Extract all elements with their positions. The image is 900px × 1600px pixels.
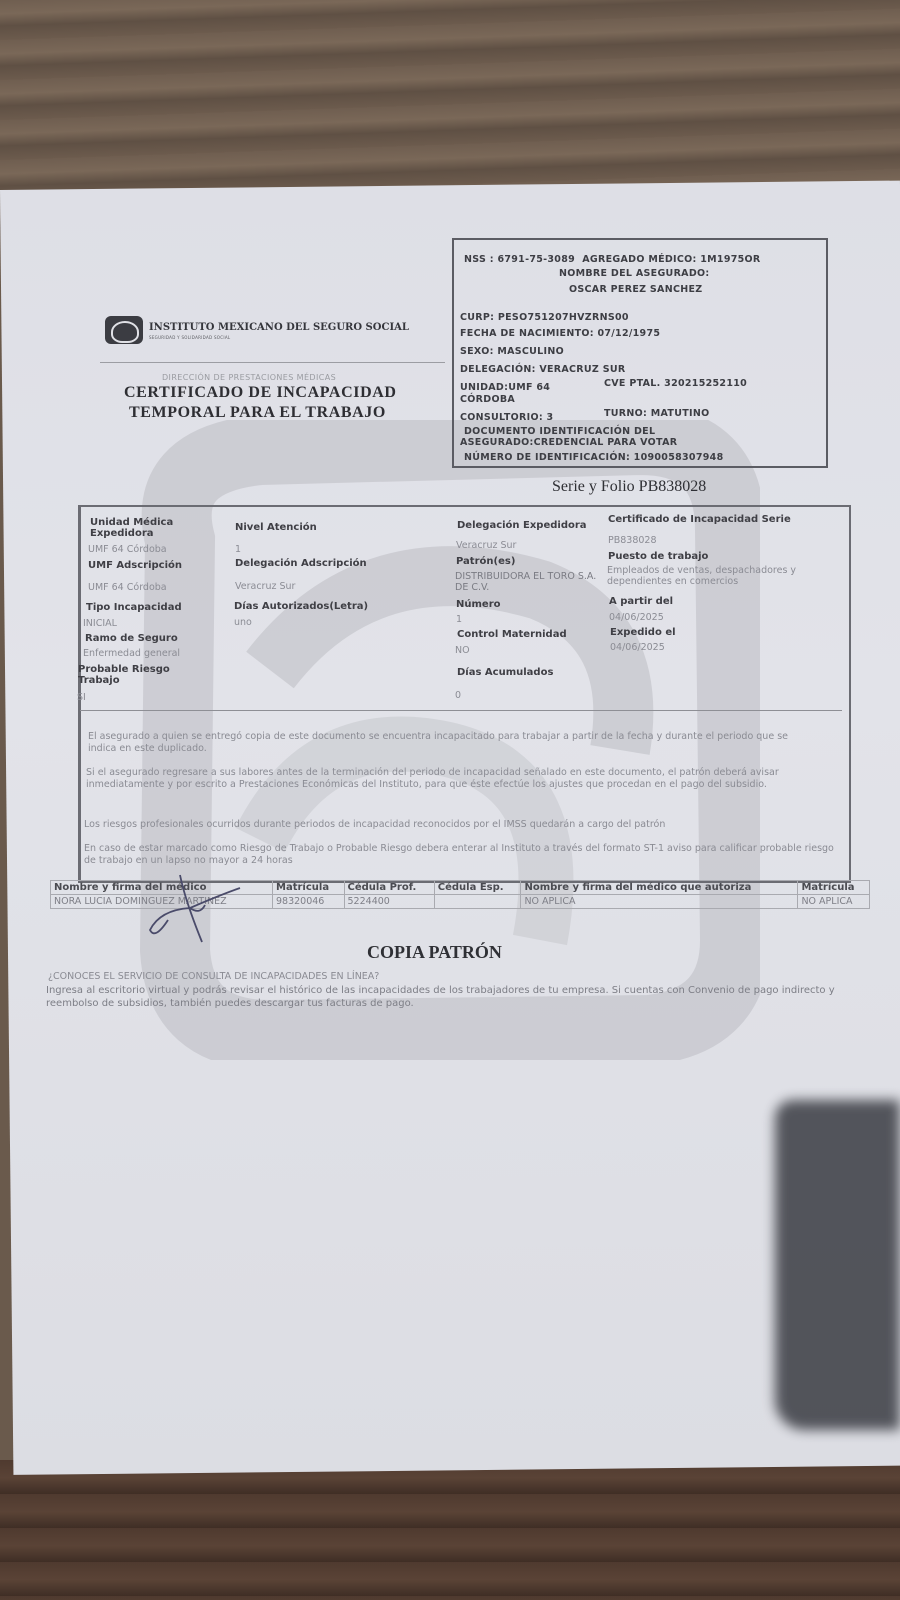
sex-label: SEXO: bbox=[460, 346, 494, 357]
accumulated-days-label: Días Acumulados bbox=[457, 667, 553, 678]
wood-table-background-bottom bbox=[0, 1460, 900, 1600]
certificate-serial-label: Certificado de Incapacidad Serie bbox=[608, 514, 791, 525]
notice-4: En caso de estar marcado como Riesgo de … bbox=[84, 843, 834, 867]
office-value: 3 bbox=[547, 412, 554, 423]
delegation-assignment-value: Veracruz Sur bbox=[235, 581, 295, 592]
start-date-value: 04/06/2025 bbox=[609, 612, 664, 623]
issue-date-label: Expedido el bbox=[610, 627, 676, 638]
copy-label: COPIA PATRÓN bbox=[367, 942, 502, 963]
professional-license-header: Cédula Prof. bbox=[344, 881, 434, 895]
umf-assignment-value: UMF 64 Córdoba bbox=[88, 582, 167, 593]
agregado-label: AGREGADO MÉDICO: bbox=[582, 254, 696, 265]
authorizing-registration-header: Matrícula bbox=[798, 881, 870, 895]
start-date-label: A partir del bbox=[609, 596, 673, 607]
delegation-assignment-label: Delegación Adscripción bbox=[235, 558, 367, 569]
hand-shadow bbox=[775, 1100, 900, 1430]
job-position-label: Puesto de trabajo bbox=[608, 551, 708, 562]
umf-assignment-label: UMF Adscripción bbox=[88, 560, 182, 571]
id-document-line2: ASEGURADO:CREDENCIAL PARA VOTAR bbox=[460, 437, 677, 448]
curp-label: CURP: bbox=[460, 312, 494, 323]
postal-code-label: CVE PTAL. bbox=[604, 378, 661, 389]
authorizing-registration: NO APLICA bbox=[798, 895, 870, 909]
number-label: Número bbox=[456, 599, 501, 610]
notice-2: Si el asegurado regresare a sus labores … bbox=[86, 767, 816, 791]
shift-value: MATUTINO bbox=[651, 408, 710, 419]
serial-folio: Serie y Folio PB838028 bbox=[552, 478, 706, 496]
insured-info-box: NSS : 6791-75-3089 AGREGADO MÉDICO: 1M19… bbox=[452, 238, 828, 468]
unit-value: UMF 64 bbox=[508, 382, 550, 393]
institution-tagline: SEGURIDAD Y SOLIDARIDAD SOCIAL bbox=[149, 335, 230, 340]
professional-license: 5224400 bbox=[344, 895, 434, 909]
shift-label: TURNO: bbox=[604, 408, 647, 419]
direction-label: DIRECCIÓN DE PRESTACIONES MÉDICAS bbox=[162, 373, 336, 382]
doctor-registration-header: Matrícula bbox=[273, 881, 345, 895]
issuing-delegation-label: Delegación Expedidora bbox=[457, 520, 587, 531]
sex-value: MASCULINO bbox=[497, 346, 564, 357]
imss-logo-icon bbox=[105, 316, 143, 344]
birthdate-value: 07/12/1975 bbox=[597, 328, 660, 339]
issuing-delegation-value: Veracruz Sur bbox=[456, 540, 516, 551]
divider bbox=[80, 710, 842, 711]
delegation-value: VERACRUZ SUR bbox=[539, 364, 625, 375]
signature-icon bbox=[130, 870, 260, 950]
nss-value: 6791-75-3089 bbox=[497, 254, 575, 265]
id-number-value: 1090058307948 bbox=[634, 452, 724, 463]
id-document-line1: DOCUMENTO IDENTIFICACIÓN DEL bbox=[464, 426, 655, 437]
probable-risk-label: Probable Riesgo Trabajo bbox=[78, 664, 188, 686]
birthdate-label: FECHA DE NACIMIENTO: bbox=[460, 328, 594, 339]
authorized-days-label: Días Autorizados(Letra) bbox=[234, 601, 368, 612]
divider bbox=[100, 362, 445, 363]
issuing-unit-label: Unidad Médica Expedidora bbox=[90, 517, 190, 539]
footer-text: Ingresa al escritorio virtual y podrás r… bbox=[46, 984, 861, 1010]
issue-date-value: 04/06/2025 bbox=[610, 642, 665, 653]
footer-question: ¿CONOCES EL SERVICIO DE CONSULTA DE INCA… bbox=[48, 971, 379, 982]
employer-label: Patrón(es) bbox=[456, 556, 515, 567]
job-position-value: Empleados de ventas, despachadores y dep… bbox=[607, 565, 832, 587]
doctor-registration: 98320046 bbox=[273, 895, 345, 909]
disability-type-label: Tipo Incapacidad bbox=[86, 602, 182, 613]
accumulated-days-value: 0 bbox=[455, 690, 461, 701]
employer-value: DISTRIBUIDORA EL TORO S.A. DE C.V. bbox=[455, 571, 605, 593]
care-level-label: Nivel Atención bbox=[235, 522, 317, 533]
maternity-control-label: Control Maternidad bbox=[457, 629, 567, 640]
maternity-control-value: NO bbox=[455, 645, 470, 656]
specialty-license-header: Cédula Esp. bbox=[434, 881, 521, 895]
notice-3: Los riesgos profesionales ocurridos dura… bbox=[84, 819, 814, 831]
office-label: CONSULTORIO: bbox=[460, 412, 543, 423]
unit-city: CÓRDOBA bbox=[460, 394, 515, 405]
issuing-unit-value: UMF 64 Córdoba bbox=[88, 544, 167, 555]
certificate-serial-value: PB838028 bbox=[608, 535, 657, 546]
disability-type-value: INICIAL bbox=[83, 618, 117, 629]
number-value: 1 bbox=[456, 614, 462, 625]
insured-name: OSCAR PEREZ SANCHEZ bbox=[569, 284, 702, 295]
id-number-label: NÚMERO DE IDENTIFICACIÓN: bbox=[464, 452, 630, 463]
notice-1: El asegurado a quien se entregó copia de… bbox=[88, 731, 813, 755]
certificate-title-line1: CERTIFICADO DE INCAPACIDAD bbox=[124, 384, 397, 402]
delegation-label: DELEGACIÓN: bbox=[460, 364, 536, 375]
specialty-license bbox=[434, 895, 521, 909]
insurance-branch-value: Enfermedad general bbox=[83, 648, 180, 659]
authorizing-doctor: NO APLICA bbox=[521, 895, 798, 909]
authorized-days-value: uno bbox=[234, 617, 252, 628]
certificate-title-line2: TEMPORAL PARA EL TRABAJO bbox=[129, 404, 386, 422]
insured-name-label: NOMBRE DEL ASEGURADO: bbox=[559, 268, 710, 279]
authorizing-doctor-header: Nombre y firma del médico que autoriza bbox=[521, 881, 798, 895]
institution-name: INSTITUTO MEXICANO DEL SEGURO SOCIAL bbox=[149, 322, 409, 333]
probable-risk-value: SI bbox=[77, 692, 86, 703]
unit-label: UNIDAD: bbox=[460, 382, 508, 393]
care-level-value: 1 bbox=[235, 544, 241, 555]
insurance-branch-label: Ramo de Seguro bbox=[85, 633, 178, 644]
agregado-value: 1M1975OR bbox=[700, 254, 760, 265]
nss-label: NSS : bbox=[464, 254, 494, 265]
postal-code-value: 320215252110 bbox=[664, 378, 747, 389]
curp-value: PESO751207HVZRNS00 bbox=[498, 312, 629, 323]
